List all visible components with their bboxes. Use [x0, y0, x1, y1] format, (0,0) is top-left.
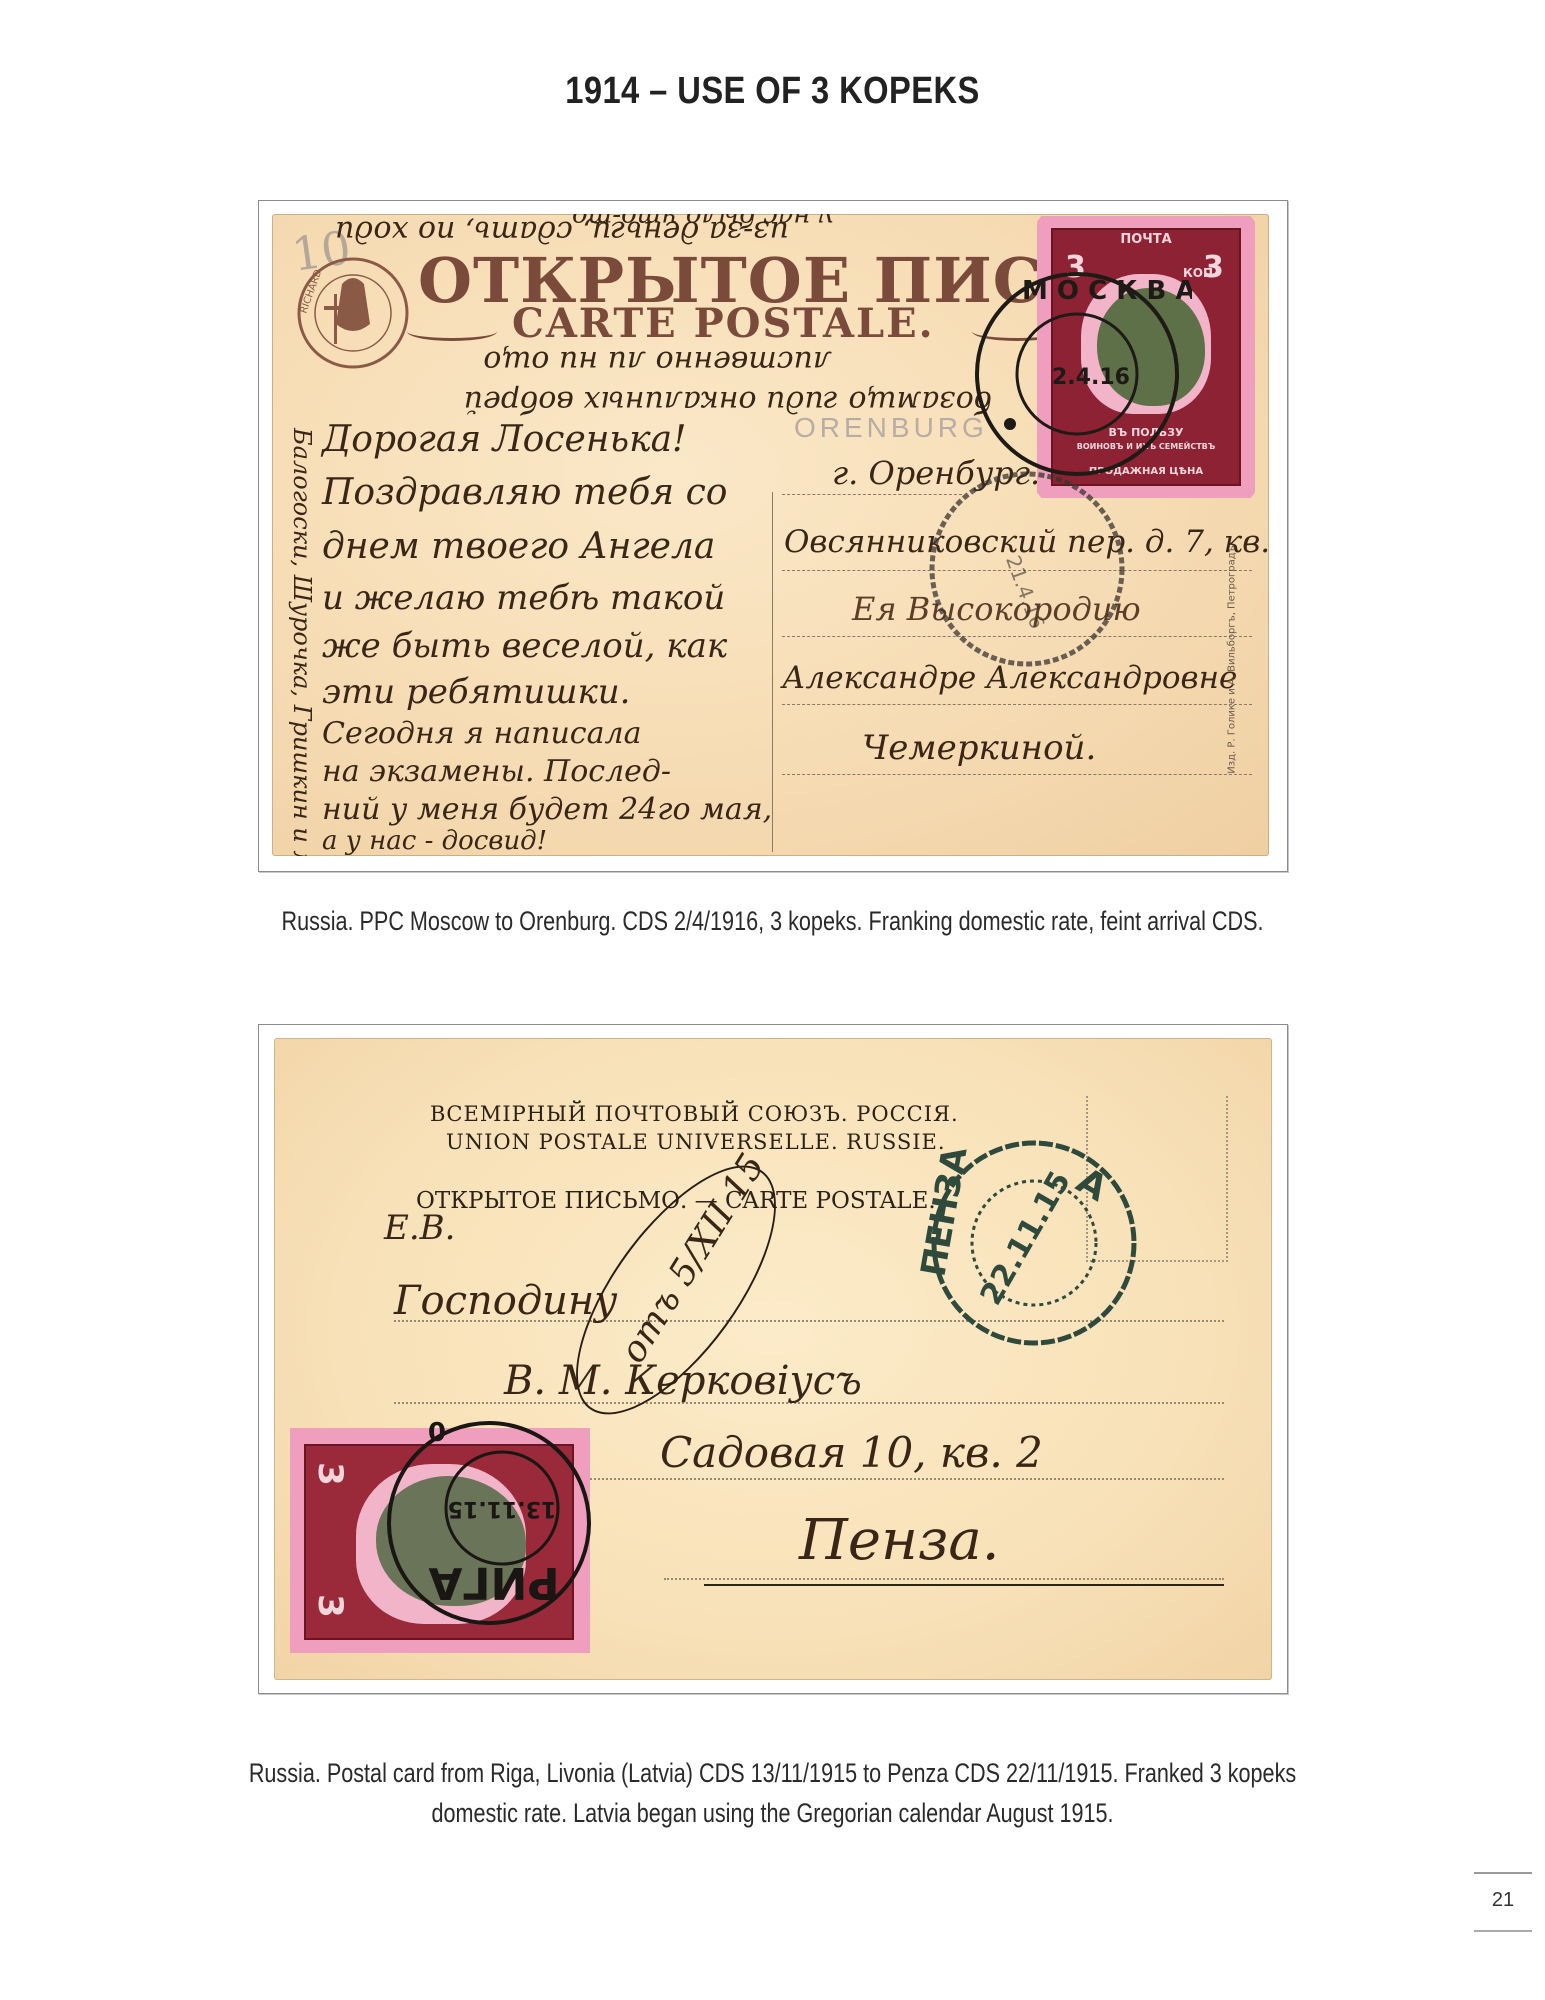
message-line: Сегодня я написала — [322, 716, 641, 751]
message-line: и желаю тебѣ такой — [322, 578, 725, 618]
svg-text:0: 0 — [428, 1415, 446, 1445]
svg-text:2.4.16: 2.4.16 — [1052, 365, 1130, 390]
svg-text:22.11.15: 22.11.15 — [974, 1165, 1078, 1311]
svg-text:13.11.15: 13.11.15 — [448, 1496, 557, 1521]
address-rule — [782, 704, 1252, 705]
printed-header-french: CARTE POSTALE. — [512, 300, 935, 347]
stamp-value: 3 — [310, 1462, 350, 1486]
caption-1: Russia. PPC Moscow to Orenburg. CDS 2/4/… — [155, 906, 1391, 937]
orenburg-postmark-icon: 21.4.16 — [922, 464, 1132, 674]
svg-text:21.4.16: 21.4.16 — [1001, 552, 1050, 632]
printer-imprint: Изд. Р. Голике и А. Вильборгъ, Петроград… — [1227, 480, 1238, 840]
printed-upu-french: UNION POSTALE UNIVERSELLE. RUSSIE. — [446, 1130, 946, 1154]
address-rule — [664, 1578, 1224, 1580]
message-line: ний у меня будет 24го мая, — [322, 792, 772, 827]
ornament-left — [407, 322, 497, 341]
message-line: эти ребятишки. — [322, 672, 631, 712]
address-line: Чемеркиной. — [862, 728, 1096, 768]
address-line: Садовая 10, кв. 2 — [660, 1428, 1043, 1477]
message-line: Поздравляю тебя со — [322, 472, 727, 513]
inverted-handwriting: у нас было что-то — [572, 214, 834, 232]
postcard-image-2[interactable]: ВСЕМІРНЫЙ ПОЧТОВЫЙ СОЮЗЪ. РОССІЯ. UNION … — [274, 1038, 1272, 1680]
svg-text:А: А — [1070, 1160, 1115, 1210]
page-number-rule-top — [1474, 1872, 1532, 1874]
message-line: днем твоего Ангела — [322, 526, 715, 567]
postcard-image-1[interactable]: 10 RICHARD из-за деньги, сдать, по ходи … — [272, 214, 1269, 856]
address-line: Господину — [394, 1278, 617, 1324]
address-underline — [704, 1584, 1224, 1586]
page-number-rule-bottom — [1474, 1930, 1532, 1932]
page-title: 1914 – USE OF 3 KOPEKS — [108, 70, 1437, 113]
stamp-value: 3 — [310, 1594, 350, 1618]
riga-postmark-icon: 13.11.15 РИГА 0 — [374, 1408, 604, 1638]
inverted-handwriting: лиственно ли ни ощо — [272, 344, 832, 379]
caption-2-line-1: Russia. Postal card from Riga, Livonia (… — [155, 1758, 1391, 1789]
penza-postmark-icon: 22.11.15 А ПЕНЗА — [914, 1128, 1144, 1358]
moscow-postmark-icon: М О С К В А 2.4.16 — [962, 259, 1192, 489]
note-top-left: Е.В. — [384, 1208, 455, 1248]
message-line: на экзамены. Послед- — [322, 754, 671, 789]
svg-text:М О С К В А: М О С К В А — [1022, 276, 1192, 306]
message-line: Дорогая Лосенька! — [322, 419, 687, 460]
message-line: а у нас - досвид! — [322, 826, 547, 856]
svg-text:РИГА: РИГА — [428, 1557, 559, 1608]
message-line: же быть веселой, как — [322, 626, 727, 666]
address-rule — [782, 774, 1252, 775]
address-divider — [772, 492, 773, 852]
stamp-top-label: ПОЧТА — [1053, 232, 1239, 247]
page-number: 21 — [1474, 1889, 1532, 1912]
pencil-note: ORENBURG — [794, 412, 988, 444]
address-line: Пенза. — [799, 1508, 1000, 1573]
svg-text:ПЕНЗА: ПЕНЗА — [914, 1143, 976, 1279]
caption-2-line-2: domestic rate. Latvia began using the Gr… — [155, 1798, 1391, 1829]
vertical-handwriting: Балогоски, Шурочка, Гришкин и маленькие — [288, 428, 316, 856]
printed-upu-russian: ВСЕМІРНЫЙ ПОЧТОВЫЙ СОЮЗЪ. РОССІЯ. — [430, 1102, 959, 1126]
